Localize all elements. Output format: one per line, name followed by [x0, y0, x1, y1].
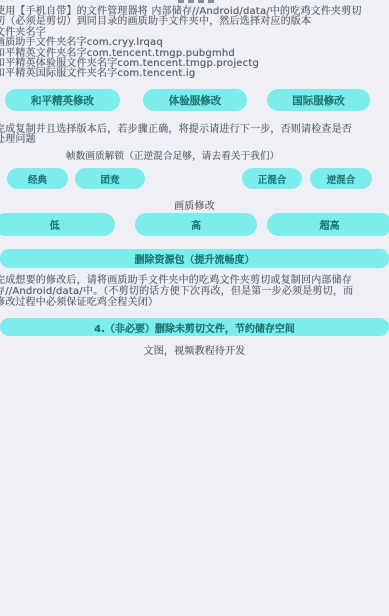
- delete-resource-pack-button[interactable]: 删除资源包（提升流畅度）: [0, 249, 389, 268]
- step-note-paragraph: 完成复制并且选择版本后，若步骤正确，将提示请进行下一步，否则请检查是否 处理问题: [0, 125, 389, 146]
- finish-note-line: 修改过程中必须保证吃鸡全程关闭）: [0, 297, 389, 308]
- delete-uncut-files-button[interactable]: 4.（非必要）删除未剪切文件，节约储存空间: [0, 318, 389, 336]
- quality-high-button[interactable]: 高: [135, 213, 257, 236]
- tutorial-todo-note: 文图，视频教程待开发: [0, 342, 389, 357]
- finish-note-line: 完成想要的修改后，请将画质助手文件夹中的吃鸡文件夹剪切或复制回内部储存: [0, 275, 389, 286]
- step-note-line: 完成复制并且选择版本后，若步骤正确，将提示请进行下一步，否则请检查是否: [0, 125, 389, 135]
- step-note-line: 处理问题: [0, 135, 389, 145]
- quality-ultra-button[interactable]: 超高: [267, 213, 389, 236]
- mode-reverse-mix-button[interactable]: 逆混合: [310, 168, 372, 189]
- finish-note-paragraph: 完成想要的修改后，请将画质助手文件夹中的吃鸡文件夹剪切或复制回内部储存 存//A…: [0, 275, 389, 309]
- global-server-modify-button[interactable]: 国际服修改: [267, 89, 370, 111]
- intro-paragraph: 使用【手机自带】的文件管理器将 内部储存//Android/data/中的吃鸡文…: [0, 7, 389, 80]
- mode-classic-button[interactable]: 经典: [7, 168, 68, 189]
- mode-forward-mix-button[interactable]: 正混合: [242, 168, 302, 189]
- unlock-heading: 帧数画质解锁（正逆混合足够，请去看关于我们）: [66, 148, 279, 162]
- folder-name-global: 和平精英国际服文件夹名字com.tencent.ig: [0, 69, 389, 79]
- finish-note-line: 存//Android/data/中。（不剪切的话方便下次再改，但是第一步必须是剪…: [0, 286, 389, 297]
- clipped-top-text-fragment: [178, 0, 216, 3]
- quality-section-label: 画质修改: [0, 197, 389, 212]
- intro-line: 切（必须是剪切）到同目录的画质助手文件夹中，然后选择对应的版本: [0, 17, 389, 27]
- mode-team-deathmatch-button[interactable]: 团竞: [75, 168, 145, 189]
- quality-low-button[interactable]: 低: [0, 213, 115, 236]
- beta-server-modify-button[interactable]: 体验服修改: [143, 89, 247, 111]
- pubg-cn-modify-button[interactable]: 和平精英修改: [5, 89, 120, 111]
- app-screen: { "page": { "bg": "#eef0f5", "accent_col…: [0, 0, 389, 616]
